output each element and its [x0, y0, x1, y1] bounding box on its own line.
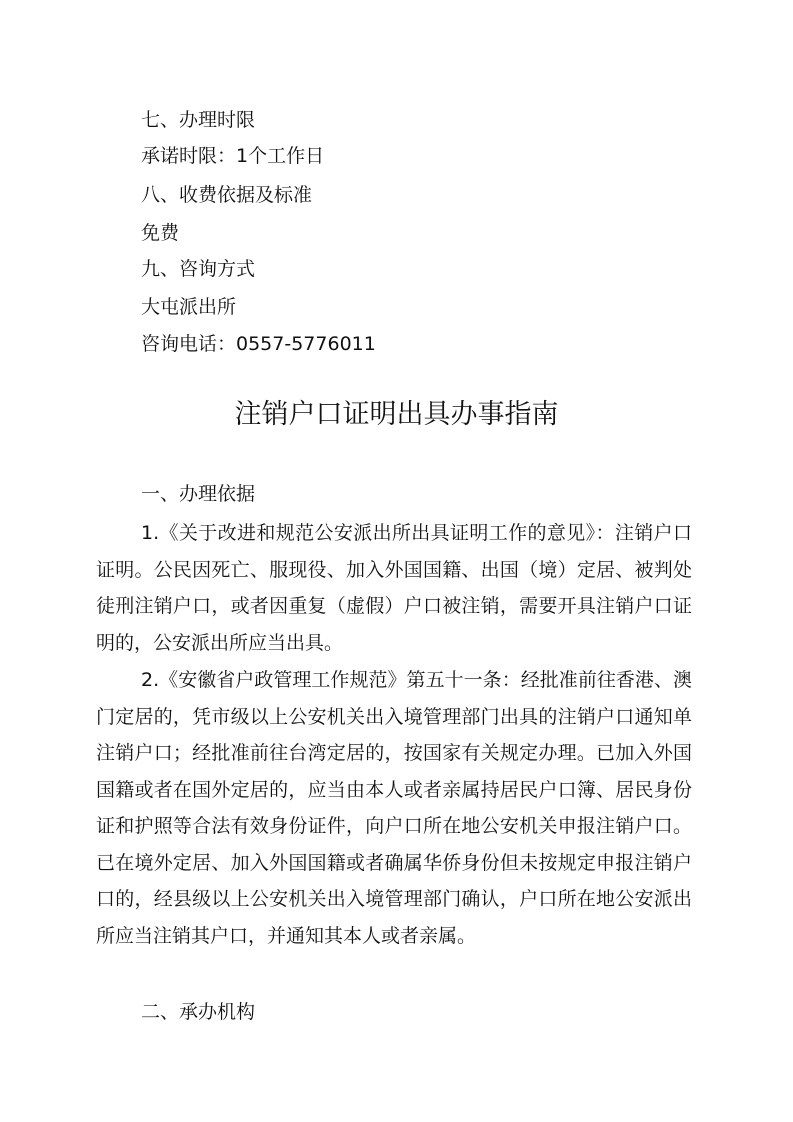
basis-paragraph-2: 2.《安徽省户政管理工作规范》第五十一条：经批准前往香港、澳门定居的，凭市级以上… [96, 662, 692, 954]
document-page: 七、办理时限 承诺时限：1个工作日 八、收费依据及标准 免费 九、咨询方式 大屯… [0, 0, 793, 1122]
page-title: 注销户口证明出具办事指南 [0, 398, 793, 432]
section-9-phone: 咨询电话：0557-5776011 [141, 332, 376, 356]
section-1-heading: 一、办理依据 [141, 482, 255, 506]
section-8-content: 免费 [141, 221, 179, 245]
section-7-content: 承诺时限：1个工作日 [141, 144, 324, 168]
basis-paragraph-1: 1.《关于改进和规范公安派出所出具证明工作的意见》：注销户口证明。公民因死亡、服… [96, 515, 692, 661]
section-2-heading: 二、承办机构 [141, 1000, 255, 1024]
section-8-heading: 八、收费依据及标准 [141, 183, 312, 207]
section-9-heading: 九、咨询方式 [141, 257, 255, 281]
section-9-office: 大屯派出所 [141, 295, 236, 319]
section-7-heading: 七、办理时限 [141, 108, 255, 132]
